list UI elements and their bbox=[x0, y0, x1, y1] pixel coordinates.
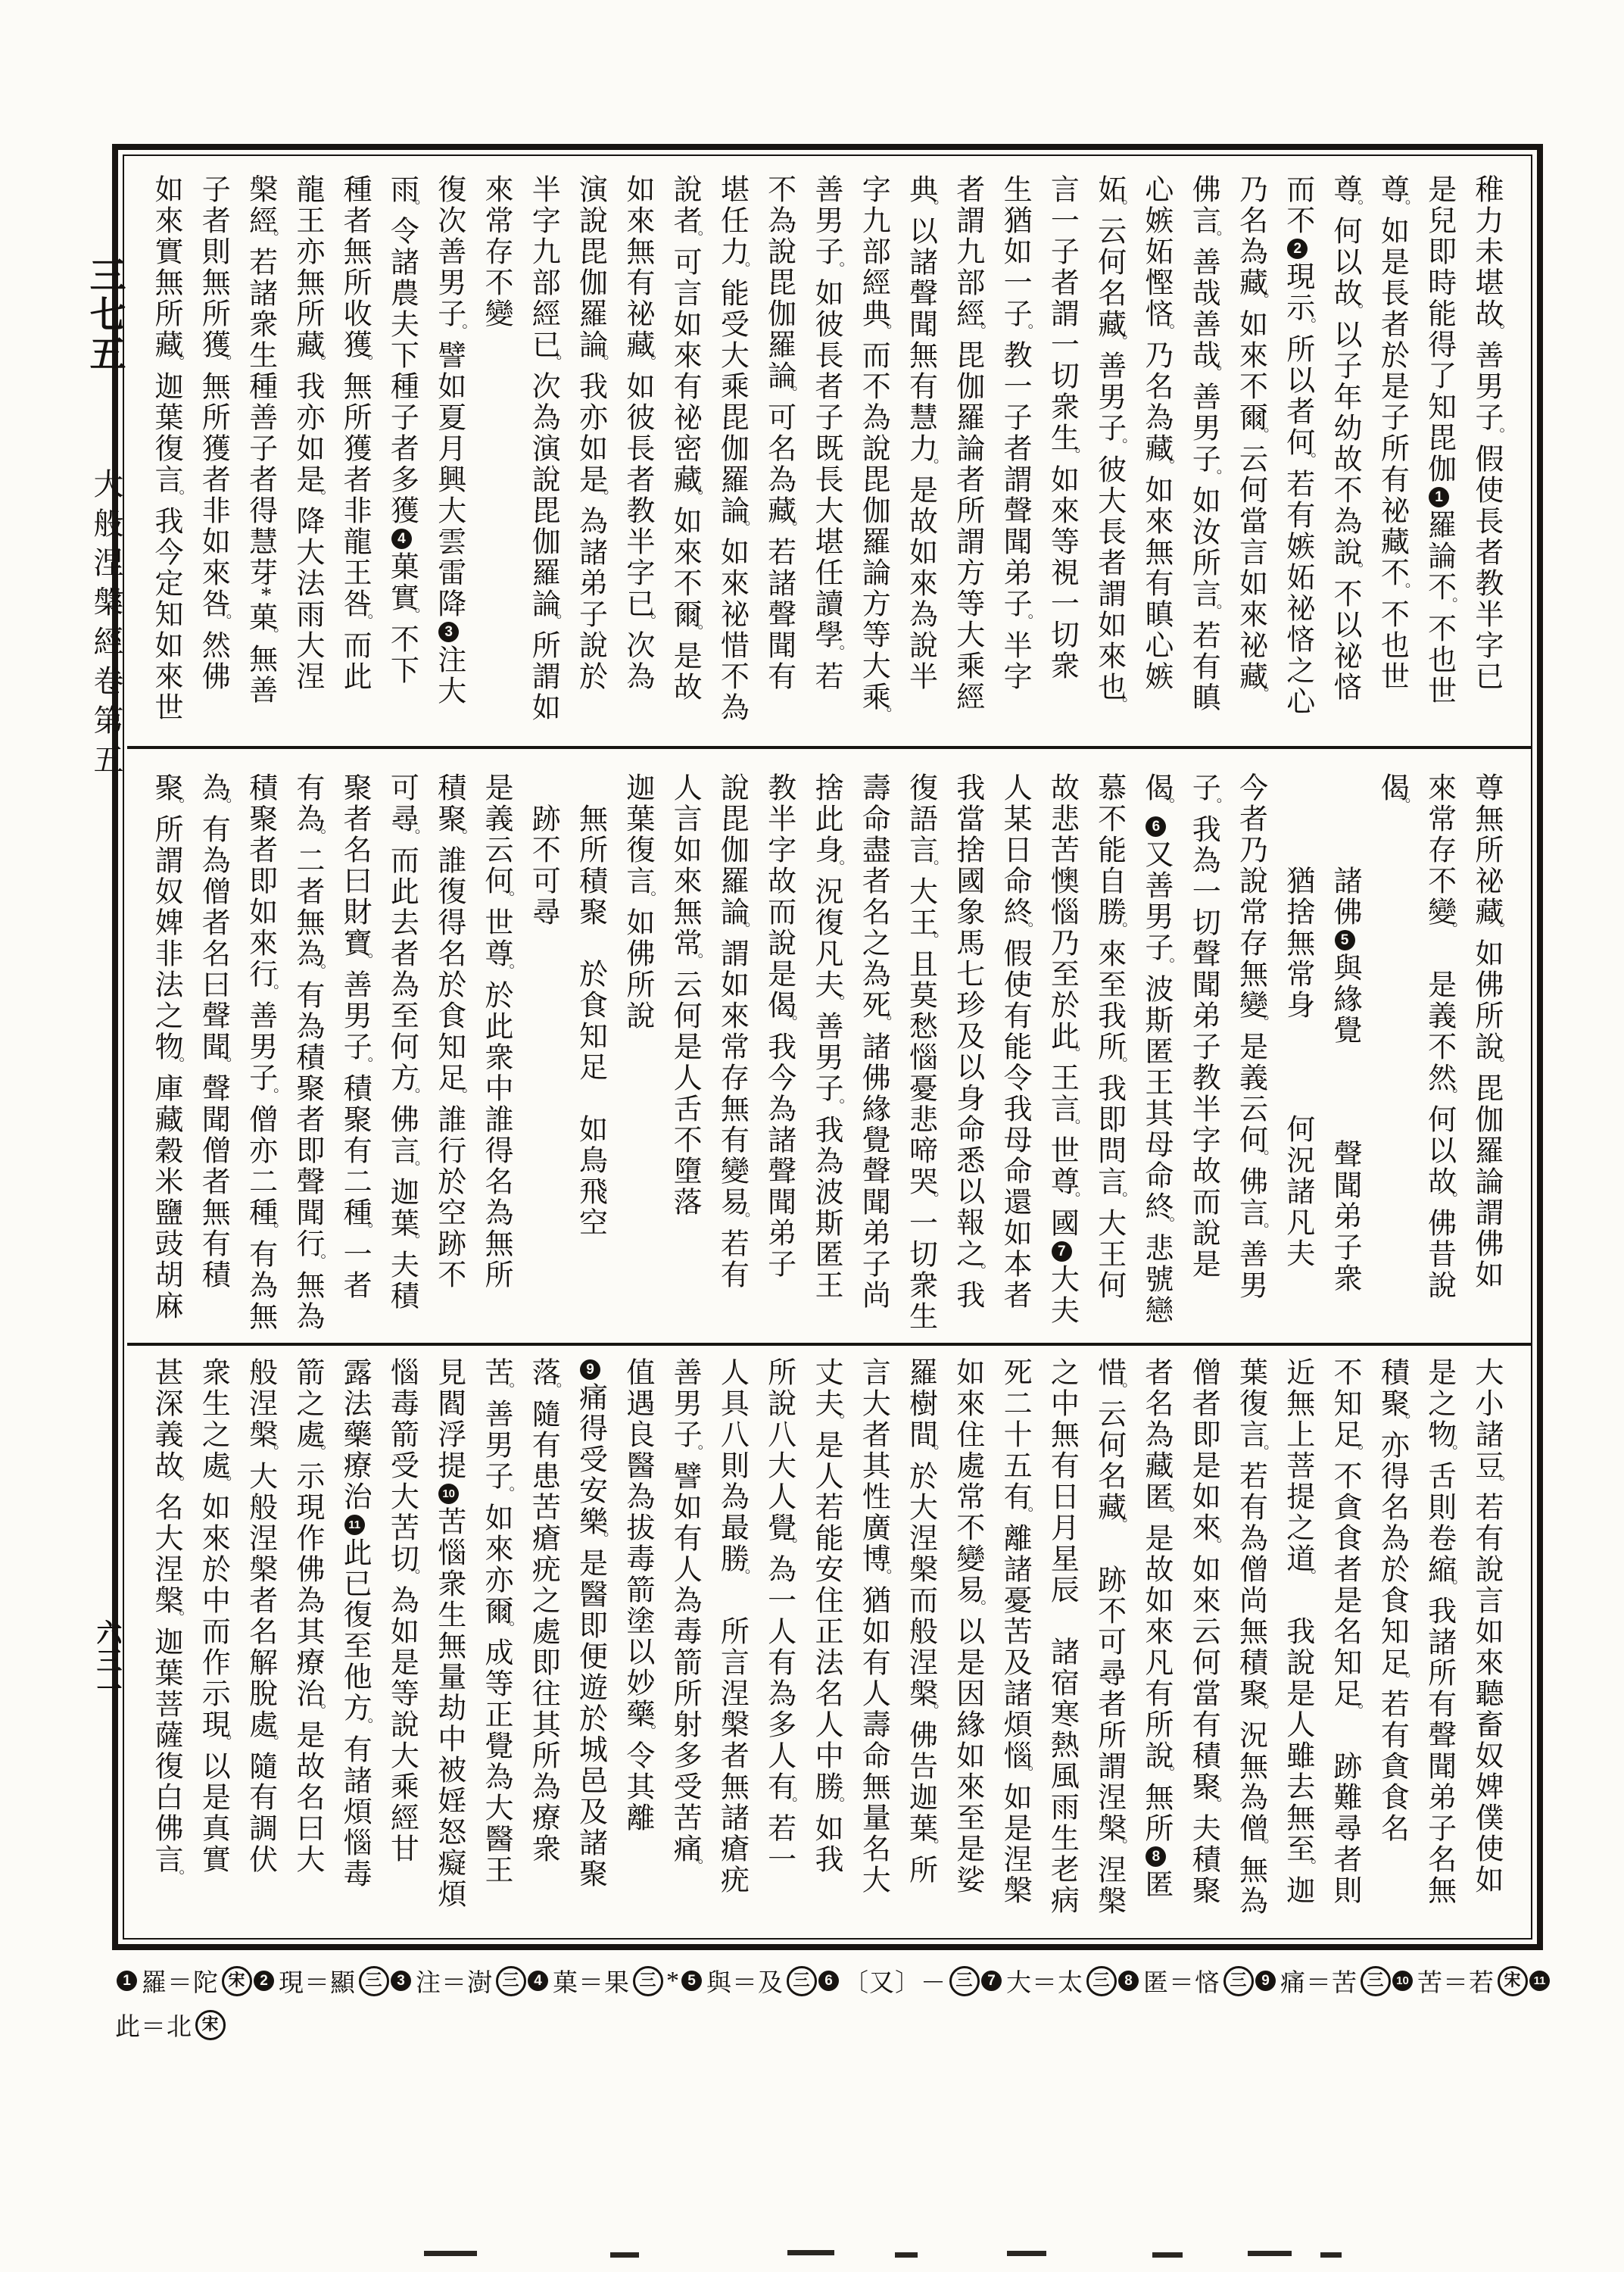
punctuation: 。 bbox=[1444, 1579, 1454, 1590]
punctuation: 。 bbox=[1255, 1222, 1265, 1233]
text-column-11: 人某日命終。假使有能令我母命還如本者 bbox=[991, 772, 1038, 1323]
text-column-14: 言大者其性廣博。猶如有人壽命無量名大 bbox=[849, 1357, 896, 1908]
column-text: 人某日命終。假使有能令我母命還如本者 bbox=[1000, 772, 1029, 1311]
column-text: 善男子。譬如有人為毒箭所射多受苦痛。 bbox=[670, 1357, 699, 1875]
spacer bbox=[1344, 804, 1345, 835]
column-text: 積聚。誰復得名於食知足。誰行於空跡不 bbox=[435, 772, 463, 1290]
column-text: 偈。 bbox=[1377, 772, 1406, 814]
footnote-marker-9: 9 bbox=[580, 1359, 600, 1380]
spacer bbox=[542, 772, 544, 804]
punctuation: 。 bbox=[689, 1858, 700, 1869]
register-c: 大小諸豆。若有說言如來聽畜奴婢僕使如是之物。舌則卷縮。我諸所有聲聞弟子名無積聚。… bbox=[142, 1357, 1510, 1908]
text-column-26: 箭之處。示現作佛為其療治。是故名曰大 bbox=[284, 1357, 331, 1908]
punctuation: 。 bbox=[1019, 1765, 1030, 1776]
punctuation: 。 bbox=[1114, 1056, 1124, 1067]
punctuation: 。 bbox=[1114, 1517, 1124, 1528]
punctuation: 。 bbox=[784, 1015, 794, 1025]
column-text: 心嫉妬慳悋。乃名為藏。如來無有瞋心嫉 bbox=[1142, 174, 1170, 692]
text-column-19: 如來無有祕藏。如彼長者教半字已。次為 bbox=[614, 174, 661, 725]
text-column-10: 言一子者謂一切衆生。如來等視一切衆 bbox=[1038, 174, 1085, 725]
punctuation: 。 bbox=[312, 354, 323, 365]
column-text: 槃經。若諸衆生種善子者得慧芽*菓。無善 bbox=[246, 174, 275, 706]
edition-siglum: 三 bbox=[949, 1966, 980, 1996]
text-column-23: 見閻浮提10苦惱衆生無量劫中被婬怒癡煩 bbox=[425, 1357, 472, 1908]
column-text: 積聚者即如來行。善男子。僧亦二種。有為無 bbox=[246, 772, 275, 1332]
text-column-20: 演說毘伽羅論。我亦如是。為諸弟子說於 bbox=[567, 174, 614, 725]
punctuation: 。 bbox=[265, 1088, 276, 1098]
footnote-number: 11 bbox=[1529, 1971, 1550, 1991]
variant-asterisk: * bbox=[260, 588, 272, 602]
punctuation: 。 bbox=[265, 984, 276, 994]
punctuation: 。 bbox=[831, 1098, 841, 1109]
text-column-20: 9痛得受安樂。是醫即便遊於城邑及諸聚 bbox=[567, 1357, 614, 1908]
punctuation: 。 bbox=[312, 1703, 323, 1714]
footnote-number: 7 bbox=[981, 1971, 1002, 1991]
punctuation: 。 bbox=[642, 891, 653, 901]
punctuation: 。 bbox=[1255, 1444, 1265, 1455]
column-text: 者名為藏匿。是故如來凡有所說。無所8匿 bbox=[1142, 1357, 1170, 1900]
column-text: 字九部經典。而不為說毘伽羅論方等大乘。 bbox=[859, 174, 887, 723]
column-text: 羅樹間。於大涅槃而般涅槃。佛告迦葉。所 bbox=[906, 1357, 935, 1886]
punctuation: 。 bbox=[642, 1724, 653, 1734]
punctuation: 。 bbox=[1208, 1796, 1218, 1807]
text-column-22: 是義云何。世尊。於此衆中誰得名為無所 bbox=[472, 772, 519, 1323]
column-text: 尊無所祕藏。如佛所說。毘伽羅論謂佛如 bbox=[1472, 772, 1501, 1290]
punctuation: 。 bbox=[312, 489, 323, 500]
column-text: 善男子。如彼長者子既長大堪任讀學。若 bbox=[812, 174, 840, 692]
spacer bbox=[1344, 1077, 1345, 1108]
punctuation: 。 bbox=[925, 1191, 936, 1202]
text-column-13: 典。以諸聲聞無有慧力。是故如來為說半 bbox=[897, 174, 944, 725]
text-column-3: 尊。如是長者於是子所有祕藏不。不也世 bbox=[1368, 174, 1415, 725]
punctuation: 。 bbox=[217, 797, 228, 808]
text-column-19: 迦葉復言。如佛所說 bbox=[614, 772, 661, 1323]
punctuation: 。 bbox=[925, 1444, 936, 1455]
edition-siglum: 三 bbox=[1361, 1966, 1391, 1996]
spacer bbox=[1344, 1046, 1345, 1077]
footnote-reading: 苦＝若 bbox=[1417, 1963, 1495, 1999]
column-text: 人言如來無常。云何是人舌不墮落 bbox=[670, 772, 699, 1218]
column-text: 9痛得受安樂。是醫即便遊於城邑及諸聚 bbox=[576, 1357, 605, 1890]
punctuation: 。 bbox=[1114, 1191, 1124, 1202]
text-column-20: 無所積聚於食知足如鳥飛空 bbox=[567, 772, 614, 1323]
punctuation: 。 bbox=[359, 613, 369, 624]
column-text: 值遇良醫為拔毒箭塗以妙藥。令其離 bbox=[623, 1357, 652, 1834]
text-column-16: 教半字故而說是偈。我今為諸聲聞弟子 bbox=[756, 772, 803, 1323]
punctuation: 。 bbox=[359, 1222, 369, 1233]
punctuation: 。 bbox=[1019, 922, 1030, 932]
punctuation: 。 bbox=[831, 644, 841, 655]
footnote-number: 9 bbox=[1255, 1971, 1276, 1991]
punctuation: 。 bbox=[595, 489, 606, 500]
text-column-17: 堪任力。能受大乘毘伽羅論。如來祕惜不為 bbox=[708, 174, 755, 725]
punctuation: 。 bbox=[689, 230, 700, 241]
column-text: 乃名為藏。如來不爾。云何當言如來祕藏。 bbox=[1236, 174, 1264, 703]
punctuation: 。 bbox=[1255, 1703, 1265, 1714]
punctuation: 。 bbox=[500, 963, 511, 974]
spacer bbox=[1297, 1083, 1298, 1114]
footnote-marker-8: 8 bbox=[1146, 1846, 1166, 1867]
spacer bbox=[1297, 1021, 1298, 1052]
edition-siglum: 宋 bbox=[195, 2010, 226, 2040]
punctuation: 。 bbox=[1161, 957, 1171, 968]
punctuation: 。 bbox=[1396, 1672, 1407, 1683]
column-text: 僧者即是如來。如來云何當有積聚。夫積聚 bbox=[1189, 1357, 1217, 1906]
text-column-19: 值遇良醫為拔毒箭塗以妙藥。令其離 bbox=[614, 1357, 661, 1908]
footnote-number: 2 bbox=[254, 1971, 274, 1991]
text-column-23: 復次善男子。譬如夏月興大雲雷降3注大 bbox=[425, 174, 472, 725]
text-column-26: 有為。二者無為。有為積聚者即聲聞行。無為 bbox=[284, 772, 331, 1323]
text-column-2: 來常存不變。是義不然。何以故。佛昔說 bbox=[1416, 772, 1463, 1323]
punctuation: 。 bbox=[1161, 458, 1171, 469]
spacer bbox=[590, 1083, 591, 1114]
punctuation: 。 bbox=[1019, 613, 1030, 624]
column-text: 尊。何以故。以子年幼故不為說。不以祕悋 bbox=[1330, 174, 1359, 703]
spacer bbox=[1344, 1720, 1345, 1751]
column-text: 復次善男子。譬如夏月興大雲雷降3注大 bbox=[435, 174, 463, 707]
spacer bbox=[1297, 772, 1298, 804]
punctuation: 。 bbox=[1396, 199, 1407, 210]
sutra-series-number: 三七五 bbox=[78, 256, 130, 374]
column-text: 偈。6又善男子。波斯匿王其母命終。悲號戀 bbox=[1142, 772, 1170, 1326]
punctuation: 。 bbox=[217, 1056, 228, 1067]
column-text: 說毘伽羅論。謂如來常存無有變易。若有 bbox=[717, 772, 746, 1290]
footnote-item: 10苦＝若宋 bbox=[1391, 1963, 1528, 1999]
text-column-15: 丈夫。是人若能安住正法名人中勝。如我 bbox=[803, 1357, 849, 1908]
text-column-23: 積聚。誰復得名於食知足。誰行於空跡不 bbox=[425, 772, 472, 1323]
punctuation: 。 bbox=[1066, 1119, 1077, 1129]
text-column-13: 羅樹間。於大涅槃而般涅槃。佛告迦葉。所 bbox=[897, 1357, 944, 1908]
punctuation: 。 bbox=[1208, 797, 1218, 808]
punctuation: 。 bbox=[1066, 448, 1077, 458]
punctuation: 。 bbox=[359, 1718, 369, 1728]
text-column-10: 之中無有日月星辰諸宿寒熱風雨生老病 bbox=[1038, 1357, 1085, 1908]
punctuation: 。 bbox=[406, 607, 416, 618]
text-column-27: 般涅槃。大般涅槃者名解脫處。隨有調伏 bbox=[237, 1357, 284, 1908]
punctuation: 。 bbox=[642, 613, 653, 624]
text-column-1: 大小諸豆。若有說言如來聽畜奴婢僕使如 bbox=[1463, 1357, 1510, 1908]
footnote-marker-3: 3 bbox=[438, 622, 459, 642]
punctuation: 。 bbox=[170, 1869, 181, 1880]
text-column-29: 甚深義故。名大涅槃。迦葉菩薩復白佛言。 bbox=[142, 1357, 189, 1908]
column-text: 可尋。而此去者為至何方。佛言。迦葉。夫積 bbox=[387, 772, 416, 1312]
footnote-item: 1羅＝陀宋 bbox=[115, 1963, 252, 1999]
column-text: 葉復言。若有為僧尚無積聚。況無為僧。無為 bbox=[1236, 1357, 1264, 1917]
punctuation: 。 bbox=[972, 1263, 983, 1274]
column-text: 我當捨國象馬七珍及以身命悉以報之。我 bbox=[953, 772, 982, 1311]
variant-asterisk: * bbox=[666, 1974, 680, 1989]
punctuation: 。 bbox=[877, 323, 888, 334]
text-column-8: 者名為藏匿。是故如來凡有所說。無所8匿 bbox=[1133, 1357, 1180, 1908]
text-column-18: 善男子。譬如有人為毒箭所射多受苦痛。 bbox=[661, 1357, 708, 1908]
punctuation: 。 bbox=[1444, 597, 1454, 607]
punctuation: 。 bbox=[170, 489, 181, 500]
text-column-5: 猶捨無常身何況諸凡夫 bbox=[1274, 772, 1321, 1323]
text-column-12: 者謂九部經。毘伽羅論者所謂方等大乘經 bbox=[944, 174, 991, 725]
text-column-7: 僧者即是如來。如來云何當有積聚。夫積聚 bbox=[1180, 1357, 1227, 1908]
column-text: 猶捨無常身何況諸凡夫 bbox=[1283, 772, 1312, 1269]
text-column-11: 死二十五有。離諸憂苦及諸煩惱。如是涅槃 bbox=[991, 1357, 1038, 1908]
column-text: 言大者其性廣博。猶如有人壽命無量名大 bbox=[859, 1357, 887, 1896]
column-text: 生猶如一子。教一子者謂聲聞弟子。半字 bbox=[1000, 174, 1029, 692]
column-text: 稚力未堪故。善男子。假使長者教半字已 bbox=[1472, 174, 1501, 692]
column-text: 見閻浮提10苦惱衆生無量劫中被婬怒癡煩 bbox=[435, 1357, 463, 1910]
punctuation: 。 bbox=[359, 1056, 369, 1067]
footnote-reading: 與＝及 bbox=[706, 1963, 784, 1999]
footnote-reading: 此＝北 bbox=[115, 2007, 192, 2043]
punctuation: 。 bbox=[1255, 427, 1265, 438]
punctuation: 。 bbox=[736, 261, 747, 272]
punctuation: 。 bbox=[170, 1475, 181, 1486]
punctuation: 。 bbox=[925, 199, 936, 210]
text-column-11: 生猶如一子。教一子者謂聲聞弟子。半字 bbox=[991, 174, 1038, 725]
footnote-number: 3 bbox=[391, 1971, 411, 1991]
punctuation: 。 bbox=[1491, 1056, 1501, 1067]
punctuation: 。 bbox=[831, 1796, 841, 1807]
column-text: 教半字故而說是偈。我今為諸聲聞弟子 bbox=[765, 772, 793, 1280]
punctuation: 。 bbox=[595, 354, 606, 365]
column-text: 典。以諸聲聞無有慧力。是故如來為說半 bbox=[906, 174, 935, 692]
punctuation: 。 bbox=[170, 797, 181, 808]
punctuation: 。 bbox=[877, 1015, 888, 1025]
punctuation: 。 bbox=[1255, 1015, 1265, 1025]
column-text: 聚者名曰財寶。善男子。積聚有二種。一者 bbox=[340, 772, 369, 1301]
edition-siglum: 三 bbox=[496, 1966, 526, 1996]
punctuation: 。 bbox=[736, 922, 747, 932]
column-text: 聚。所謂奴婢非法之物。庫藏穀米鹽豉胡麻 bbox=[151, 772, 180, 1322]
punctuation: 。 bbox=[1302, 317, 1313, 328]
text-column-9: 惜。云何名藏。跡不可尋者所謂涅槃。涅槃 bbox=[1086, 1357, 1133, 1908]
column-text: 尊。如是長者於是子所有祕藏不。不也世 bbox=[1377, 174, 1406, 692]
punctuation: 。 bbox=[1349, 1703, 1360, 1714]
punctuation: 。 bbox=[1208, 365, 1218, 376]
text-column-6: 今者乃說常存無變。是義云何。佛言。善男 bbox=[1227, 772, 1273, 1323]
punctuation: 。 bbox=[500, 1621, 511, 1631]
punctuation: 。 bbox=[1255, 1150, 1265, 1160]
text-column-22: 苦。善男子。如來亦爾。成等正覺為大醫王 bbox=[472, 1357, 519, 1908]
punctuation: 。 bbox=[547, 613, 558, 624]
punctuation: 。 bbox=[312, 829, 323, 839]
punctuation: 。 bbox=[312, 1444, 323, 1455]
footnote-marker-10: 10 bbox=[438, 1484, 459, 1504]
footnote-item: 4菓＝果三* bbox=[526, 1963, 680, 1999]
column-text: 壽命盡者名之為死。諸佛緣覺聲聞弟子尚 bbox=[859, 772, 887, 1311]
punctuation: 。 bbox=[972, 1599, 983, 1610]
column-text: 惱毒箭受大苦切。為如是等說大乘經甘 bbox=[387, 1357, 416, 1865]
column-text: 來常存不變。是義不然。何以故。佛昔說 bbox=[1425, 772, 1454, 1301]
text-column-25: 露法藥療治11此已復至他方。有諸煩惱毒 bbox=[331, 1357, 378, 1908]
footnote-reading: 注＝澍 bbox=[416, 1963, 493, 1999]
punctuation: 。 bbox=[406, 1088, 416, 1098]
column-text: 為。有為僧者名曰聲聞。聲聞僧者無有積 bbox=[198, 772, 227, 1290]
punctuation: 。 bbox=[454, 323, 464, 334]
column-text: 露法藥療治11此已復至他方。有諸煩惱毒 bbox=[340, 1357, 369, 1890]
punctuation: 。 bbox=[1161, 1216, 1171, 1227]
column-text: 是兒即時能得了知毘伽1羅論不。不也世 bbox=[1425, 174, 1454, 707]
register-divider-b-c bbox=[127, 1343, 1531, 1346]
column-text: 衆生之處。如來於中而作示現。以是真實 bbox=[198, 1357, 227, 1875]
text-column-2: 是之物。舌則卷縮。我諸所有聲聞弟子名無 bbox=[1416, 1357, 1463, 1908]
punctuation: 。 bbox=[877, 707, 888, 717]
column-text: 般涅槃。大般涅槃者名解脫處。隨有調伏 bbox=[246, 1357, 275, 1875]
footnote-marker-5: 5 bbox=[1335, 930, 1355, 950]
punctuation: 。 bbox=[406, 1568, 416, 1579]
footnote-reading: 〔又〕－ bbox=[843, 1963, 946, 1999]
punctuation: 。 bbox=[925, 932, 936, 943]
register-divider-a-b bbox=[127, 746, 1531, 749]
footnote-line-2: 此＝北宋 bbox=[115, 2007, 1548, 2043]
punctuation: 。 bbox=[170, 1610, 181, 1621]
punctuation: 。 bbox=[925, 1838, 936, 1849]
text-column-14: 字九部經典。而不為說毘伽羅論方等大乘。 bbox=[849, 174, 896, 725]
punctuation: 。 bbox=[265, 1222, 276, 1233]
footnote-reading: 匿＝悋 bbox=[1143, 1963, 1220, 1999]
punctuation: 。 bbox=[217, 613, 228, 624]
text-column-26: 龍王亦無所藏。我亦如是。降大法雨大涅 bbox=[284, 174, 331, 725]
punctuation: 。 bbox=[689, 953, 700, 963]
punctuation: 。 bbox=[312, 1253, 323, 1264]
footnote-number: 10 bbox=[1392, 1971, 1413, 1991]
text-column-1: 稚力未堪故。善男子。假使長者教半字已 bbox=[1463, 174, 1510, 725]
punctuation: 。 bbox=[1114, 334, 1124, 345]
punctuation: 。 bbox=[265, 230, 276, 241]
text-column-28: 為。有為僧者名曰聲聞。聲聞僧者無有積 bbox=[189, 772, 236, 1323]
footnote-number: 6 bbox=[818, 1971, 839, 1991]
punctuation: 。 bbox=[689, 489, 700, 500]
punctuation: 。 bbox=[359, 354, 369, 365]
column-text: 諸佛5與緣覺聲聞弟子衆 bbox=[1330, 772, 1359, 1294]
punctuation: 。 bbox=[1255, 292, 1265, 303]
footnote-reading: 現＝顯 bbox=[279, 1963, 356, 1999]
text-column-14: 壽命盡者名之為死。諸佛緣覺聲聞弟子尚 bbox=[849, 772, 896, 1323]
punctuation: 。 bbox=[1161, 1506, 1171, 1517]
punctuation: 。 bbox=[1396, 797, 1407, 808]
column-text: 妬。云何名藏。善男子。彼大長者謂如來也。 bbox=[1095, 174, 1124, 713]
text-column-7: 子。我為一切聲聞弟子教半字故而說是 bbox=[1180, 772, 1227, 1323]
text-column-21: 半字九部經已。次為演說毘伽羅論。所謂如 bbox=[519, 174, 566, 725]
footnote-number: 5 bbox=[681, 1971, 702, 1991]
text-column-27: 槃經。若諸衆生種善子者得慧芽*菓。無善 bbox=[237, 174, 284, 725]
punctuation: 。 bbox=[1114, 438, 1124, 448]
punctuation: 。 bbox=[406, 1233, 416, 1244]
text-column-24: 惱毒箭受大苦切。為如是等說大乘經甘 bbox=[378, 1357, 425, 1908]
punctuation: 。 bbox=[784, 520, 794, 531]
footnote-number: 8 bbox=[1118, 1971, 1139, 1991]
footnote-line-1: 1羅＝陀宋2現＝顯三3注＝澍三4菓＝果三*5與＝及三6〔又〕－三7大＝太三8匿＝… bbox=[115, 1963, 1548, 1999]
punctuation: 。 bbox=[831, 860, 841, 870]
column-text: 半字九部經已。次為演說毘伽羅論。所謂如 bbox=[528, 174, 557, 723]
punctuation: 。 bbox=[406, 1160, 416, 1171]
text-column-22: 來常存不變 bbox=[472, 174, 519, 725]
punctuation: 。 bbox=[1491, 323, 1501, 334]
column-text: 近無上菩提之道。我說是人雖去無至。迦 bbox=[1283, 1357, 1312, 1906]
column-text: 種者無所收獲。無所獲者非龍王咎。而此 bbox=[340, 174, 369, 692]
punctuation: 。 bbox=[547, 1382, 558, 1393]
text-column-9: 慕不能自勝。來至我所。我即問言。大王何 bbox=[1086, 772, 1133, 1323]
spacer bbox=[1344, 772, 1345, 804]
text-column-4: 諸佛5與緣覺聲聞弟子衆 bbox=[1321, 772, 1368, 1323]
punctuation: 。 bbox=[1444, 1191, 1454, 1202]
punctuation: 。 bbox=[217, 1734, 228, 1745]
footnote-item: 6〔又〕－三 bbox=[817, 1963, 980, 1999]
footnote-item: 2現＝顯三 bbox=[252, 1963, 389, 1999]
punctuation: 。 bbox=[595, 1531, 606, 1542]
column-text: 是之物。舌則卷縮。我諸所有聲聞弟子名無 bbox=[1425, 1357, 1454, 1906]
column-text: 是義云何。世尊。於此衆中誰得名為無所 bbox=[482, 772, 510, 1290]
text-column-2: 是兒即時能得了知毘伽1羅論不。不也世 bbox=[1416, 174, 1463, 725]
footnote-item: 5與＝及三 bbox=[680, 1963, 817, 1999]
column-text: 惜。云何名藏。跡不可尋者所謂涅槃。涅槃 bbox=[1095, 1357, 1124, 1917]
spacer bbox=[1061, 1606, 1062, 1637]
footnote-item: 3注＝澍三 bbox=[389, 1963, 526, 1999]
punctuation: 。 bbox=[500, 1486, 511, 1496]
edition-siglum: 宋 bbox=[222, 1966, 252, 1996]
column-text: 者謂九部經。毘伽羅論者所謂方等大乘經 bbox=[953, 174, 982, 713]
spacer bbox=[731, 1585, 732, 1616]
column-text: 無所積聚於食知足如鳥飛空 bbox=[576, 772, 605, 1238]
register-a: 稚力未堪故。善男子。假使長者教半字已是兒即時能得了知毘伽1羅論不。不也世尊。如是… bbox=[142, 174, 1510, 725]
footnote-marker-2: 2 bbox=[1287, 239, 1308, 259]
punctuation: 。 bbox=[1444, 922, 1454, 932]
column-text: 有為。二者無為。有為積聚者即聲聞行。無為 bbox=[293, 772, 322, 1332]
footnote-item: 9痛＝苦三 bbox=[1254, 1963, 1391, 1999]
spacer bbox=[1344, 835, 1345, 866]
spacer bbox=[590, 928, 591, 959]
punctuation: 。 bbox=[925, 1703, 936, 1714]
punctuation: 。 bbox=[925, 860, 936, 870]
punctuation: 。 bbox=[1349, 303, 1360, 314]
punctuation: 。 bbox=[1208, 1537, 1218, 1548]
text-column-28: 衆生之處。如來於中而作示現。以是真實 bbox=[189, 1357, 236, 1908]
spacer bbox=[1297, 835, 1298, 866]
footnote-reading: 羅＝陀 bbox=[142, 1963, 219, 1999]
spacer bbox=[1297, 1585, 1298, 1616]
punctuation: 。 bbox=[217, 354, 228, 365]
footnote-reading: 菓＝果 bbox=[553, 1963, 630, 1999]
punctuation: 。 bbox=[359, 953, 369, 963]
column-text: 故悲苦懊惱乃至於此。王言。世尊。國7大夫 bbox=[1047, 772, 1076, 1326]
punctuation: 。 bbox=[736, 520, 747, 531]
text-column-16: 所說八大人覺。為一人有為多人有。若一 bbox=[756, 1357, 803, 1908]
column-text: 子者則無所獲。無所獲者非如來咎。然佛 bbox=[198, 174, 227, 692]
punctuation: 。 bbox=[831, 1413, 841, 1424]
edition-siglum: 三 bbox=[633, 1966, 663, 1996]
footnote-reading: 痛＝苦 bbox=[1280, 1963, 1357, 1999]
text-column-17: 人具八則為最勝。所言涅槃者無諸瘡疣 bbox=[708, 1357, 755, 1908]
punctuation: 。 bbox=[1349, 562, 1360, 573]
text-column-3: 偈。 bbox=[1368, 772, 1415, 1323]
punctuation: 。 bbox=[1444, 1088, 1454, 1098]
column-text: 捨此身。況復凡夫。善男子。我為波斯匿王 bbox=[812, 772, 840, 1301]
punctuation: 。 bbox=[312, 963, 323, 974]
footnote-item: 8匿＝悋三 bbox=[1117, 1963, 1254, 1999]
footnote-item: 7大＝太三 bbox=[980, 1963, 1117, 1999]
edition-siglum: 三 bbox=[1223, 1966, 1254, 1996]
column-text: 佛言。善哉善哉。善男子。如汝所言。若有瞋 bbox=[1189, 174, 1217, 713]
column-text: 死二十五有。離諸憂苦及諸煩惱。如是涅槃 bbox=[1000, 1357, 1029, 1906]
punctuation: 。 bbox=[1114, 199, 1124, 210]
punctuation: 。 bbox=[1302, 1568, 1313, 1579]
spacer bbox=[1439, 938, 1440, 969]
punctuation: 。 bbox=[1396, 582, 1407, 593]
punctuation: 。 bbox=[1066, 1191, 1077, 1202]
punctuation: 。 bbox=[1161, 323, 1171, 334]
punctuation: 。 bbox=[1161, 797, 1171, 808]
punctuation: 。 bbox=[1019, 323, 1030, 334]
punctuation: 。 bbox=[1491, 922, 1501, 932]
punctuation: 。 bbox=[1255, 1838, 1265, 1849]
text-column-1: 尊無所祕藏。如佛所說。毘伽羅論謂佛如 bbox=[1463, 772, 1510, 1323]
